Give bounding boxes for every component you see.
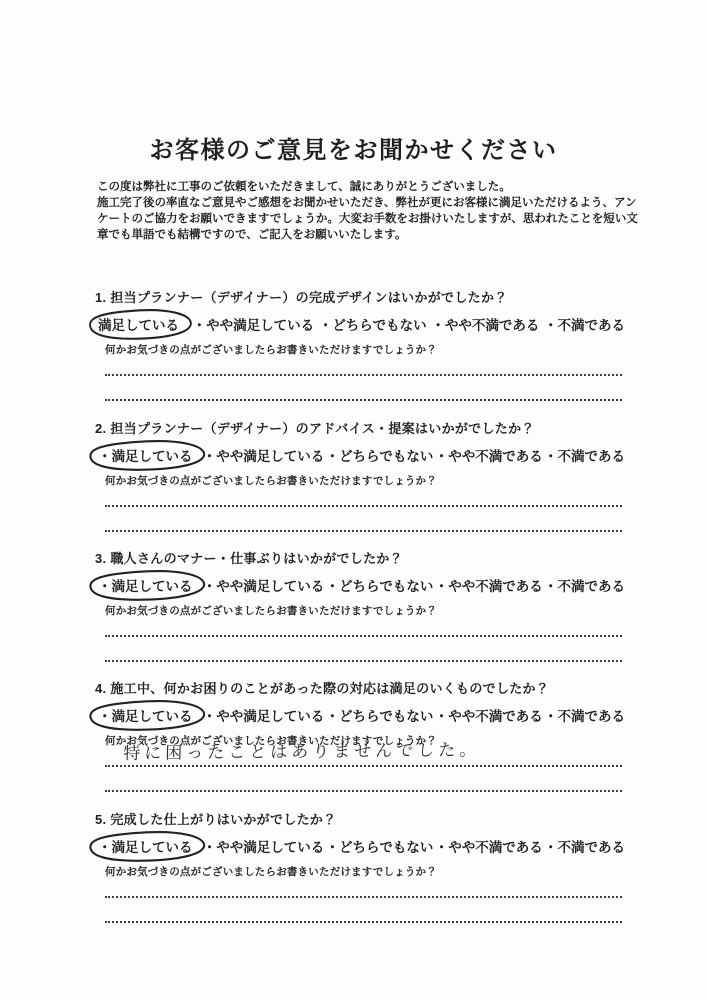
option-bullet: ・ [431,314,445,334]
option-2: ・どちらでもない [326,836,434,856]
answer-options-row: ・ 満足している ・やや満足している・どちらでもない・やや不満である・不満である [92,703,625,727]
comment-prompt: 何かお気づきの点がございましたらお書きいただけますでしょうか？ [105,342,437,357]
answer-options-row: ・ 満足している ・やや満足している・どちらでもない・やや不満である・不満である [92,573,625,597]
option-1: ・やや満足している [193,314,315,334]
option-bullet: ・ [326,575,340,595]
question-block: 1. 担当プランナー（デザイナー）の完成デザインはいかがでしたか？ 満足している… [95,287,630,407]
option-label: やや不満である [448,445,543,465]
option-label: 満足している [112,705,193,725]
option-bullet: ・ [435,705,449,725]
option-bullet: ・ [544,705,558,725]
option-label: 不満である [558,314,626,334]
option-bullet: ・ [203,705,217,725]
option-label: どちらでもない [339,836,433,856]
option-bullet: ・ [98,836,112,856]
scanned-survey-document: お客様のご意見をお聞かせください この度は弊社に工事のご依頼をいただきまして、誠… [0,0,707,1000]
question-heading: 5. 完成した仕上がりはいかがでしたか？ [95,809,336,828]
question-block: 4. 施工中、何かお困りのことがあった際の対応は満足のいくものでしたか？ ・ 満… [95,678,630,798]
question-heading: 1. 担当プランナー（デザイナー）の完成デザインはいかがでしたか？ [95,287,508,306]
option-3: ・やや不満である [435,445,543,465]
option-4: ・不満である [544,575,625,595]
option-bullet: ・ [544,575,558,595]
option-bullet: ・ [193,314,207,334]
intro-paragraph: この度は弊社に工事のご依頼をいただきまして、誠にありがとうございました。 施工完… [97,179,638,243]
option-label: やや不満である [448,705,543,725]
answer-line-2 [105,921,622,923]
option-label: 満足している [112,836,193,856]
answer-options-row: ・ 満足している ・やや満足している・どちらでもない・やや不満である・不満である [92,834,625,858]
question-heading: 2. 担当プランナー（デザイナー）のアドバイス・提案はいかがでしたか？ [95,418,535,437]
option-bullet: ・ [435,445,449,465]
question-heading: 4. 施工中、何かお困りのことがあった際の対応は満足のいくものでしたか？ [95,678,549,697]
option-bullet: ・ [544,314,558,334]
question-text: 職人さんのマナー・仕事ぶりはいかがでしたか？ [110,551,403,566]
option-label: やや不満である [445,314,540,334]
option-label: 不満である [558,445,626,465]
option-selected: ・ 満足している [92,703,202,727]
option-label: 不満である [558,836,626,856]
option-4: ・不満である [544,314,625,334]
option-3: ・やや不満である [435,705,543,725]
option-selected: ・ 満足している [92,573,202,597]
option-bullet: ・ [203,836,217,856]
intro-line: 章でも単語でも結構ですので、ご記入をお願いいたします。 [97,227,638,243]
answer-line-2 [105,399,622,401]
question-number: 2. [95,421,106,436]
option-bullet: ・ [326,445,340,465]
option-bullet: ・ [98,705,112,725]
option-label: 満足している [98,314,179,334]
option-label: 満足している [112,445,193,465]
option-bullet: ・ [203,575,217,595]
option-1: ・やや満足している [203,836,325,856]
option-label: やや満足している [216,836,324,856]
comment-prompt: 何かお気づきの点がございましたらお書きいただけますでしょうか？ [105,473,437,488]
question-text: 施工中、何かお困りのことがあった際の対応は満足のいくものでしたか？ [110,681,549,696]
handwritten-answer: 特に困ったことはありませんでした。 [123,735,481,764]
answer-options-row: 満足している ・やや満足している・どちらでもない・やや不満である・不満である [92,312,625,336]
option-2: ・どちらでもない [326,705,434,725]
answer-line-2 [105,530,622,532]
option-4: ・不満である [544,705,625,725]
option-label: やや満足している [216,445,324,465]
option-1: ・やや満足している [203,705,325,725]
answer-line-1 [105,505,622,507]
comment-prompt: 何かお気づきの点がございましたらお書きいただけますでしょうか？ [105,603,437,618]
answer-options-row: ・ 満足している ・やや満足している・どちらでもない・やや不満である・不満である [92,443,625,467]
option-1: ・やや満足している [203,575,325,595]
option-label: 満足している [112,575,193,595]
option-3: ・やや不満である [431,314,539,334]
option-bullet: ・ [98,575,112,595]
answer-line-1 [105,374,622,376]
option-bullet: ・ [203,445,217,465]
answer-line-1: 特に困ったことはありませんでした。 [105,765,622,767]
comment-prompt: 何かお気づきの点がございましたらお書きいただけますでしょうか？ [105,864,437,879]
option-label: どちらでもない [339,705,433,725]
option-label: やや満足している [206,314,314,334]
option-4: ・不満である [544,836,625,856]
option-bullet: ・ [435,575,449,595]
question-number: 4. [95,681,106,696]
option-selected: 満足している [92,312,188,336]
option-label: やや不満である [448,575,543,595]
answer-line-1 [105,635,622,637]
option-bullet: ・ [544,445,558,465]
option-bullet: ・ [326,836,340,856]
option-label: やや満足している [216,705,324,725]
intro-line: この度は弊社に工事のご依頼をいただきまして、誠にありがとうございました。 [97,179,638,195]
option-label: 不満である [558,705,626,725]
intro-line: 施工完了後の率直なご意見やご感想をお聞かせいただき、弊社が更にお客様に満足いただ… [97,195,638,211]
intro-line: ケートのご協力をお願いできますでしょうか。大変お手数をお掛けいたしますが、思われ… [97,211,638,227]
option-label: どちらでもない [339,445,433,465]
survey-title: お客様のご意見をお聞かせください [0,130,707,165]
option-label: 不満である [558,575,626,595]
option-bullet: ・ [544,836,558,856]
option-2: ・どちらでもない [319,314,427,334]
option-label: やや満足している [216,575,324,595]
answer-line-2 [105,660,622,662]
option-4: ・不満である [544,445,625,465]
question-text: 完成した仕上がりはいかがでしたか？ [110,812,336,827]
option-selected: ・ 満足している [92,834,202,858]
option-bullet: ・ [326,705,340,725]
question-text: 担当プランナー（デザイナー）のアドバイス・提案はいかがでしたか？ [110,421,534,436]
option-label: どちらでもない [332,314,426,334]
question-text: 担当プランナー（デザイナー）の完成デザインはいかがでしたか？ [110,290,507,305]
option-label: やや不満である [448,836,543,856]
question-block: 3. 職人さんのマナー・仕事ぶりはいかがでしたか？ ・ 満足している ・やや満足… [95,548,630,668]
answer-line-1 [105,896,622,898]
question-heading: 3. 職人さんのマナー・仕事ぶりはいかがでしたか？ [95,548,403,567]
option-bullet: ・ [98,445,112,465]
option-bullet: ・ [435,836,449,856]
question-number: 1. [95,290,106,305]
question-number: 5. [95,812,106,827]
option-2: ・どちらでもない [326,445,434,465]
option-selected: ・ 満足している [92,443,202,467]
option-3: ・やや不満である [435,575,543,595]
option-3: ・やや不満である [435,836,543,856]
answer-line-2 [105,790,622,792]
option-2: ・どちらでもない [326,575,434,595]
option-1: ・やや満足している [203,445,325,465]
option-bullet: ・ [319,314,333,334]
question-number: 3. [95,551,106,566]
question-block: 2. 担当プランナー（デザイナー）のアドバイス・提案はいかがでしたか？ ・ 満足… [95,418,630,538]
option-label: どちらでもない [339,575,433,595]
question-block: 5. 完成した仕上がりはいかがでしたか？ ・ 満足している ・やや満足している・… [95,809,630,929]
